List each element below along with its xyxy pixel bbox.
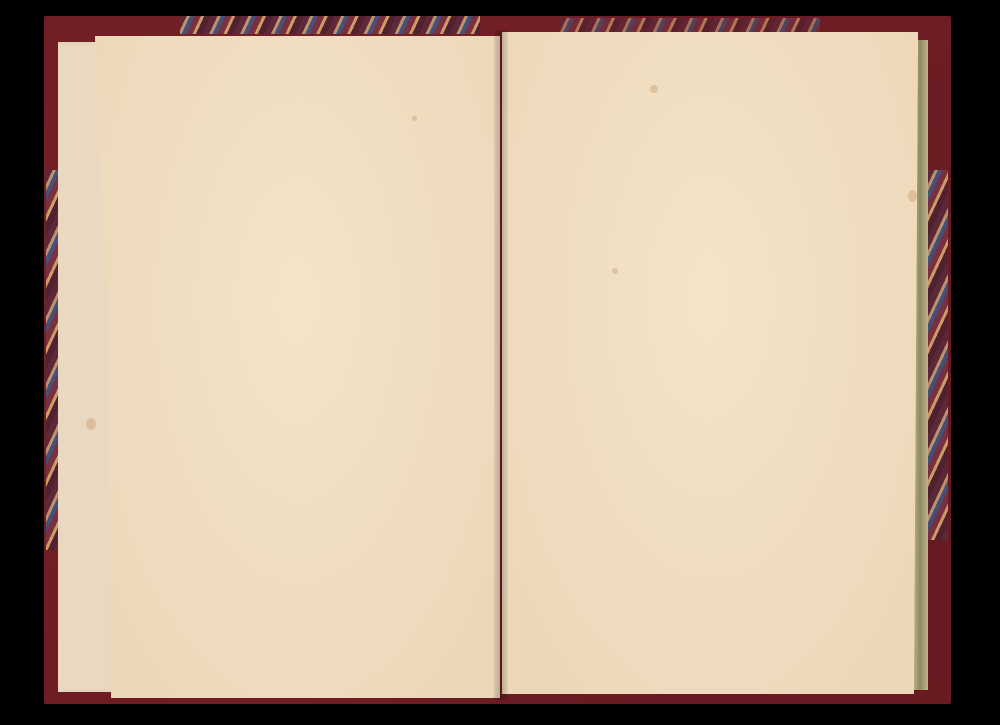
left-page [95, 36, 500, 698]
right-page [502, 32, 918, 694]
foxing-spot [612, 268, 618, 274]
foxing-spot [908, 190, 917, 202]
gutter-shadow [494, 30, 508, 700]
marbled-endpaper-right [928, 170, 948, 540]
foxing-spot [412, 116, 417, 121]
foxing-spot [650, 85, 658, 93]
foxing-spot [86, 418, 96, 430]
marbled-endpaper-top [180, 16, 480, 34]
marbled-endpaper-top-right [560, 18, 820, 32]
